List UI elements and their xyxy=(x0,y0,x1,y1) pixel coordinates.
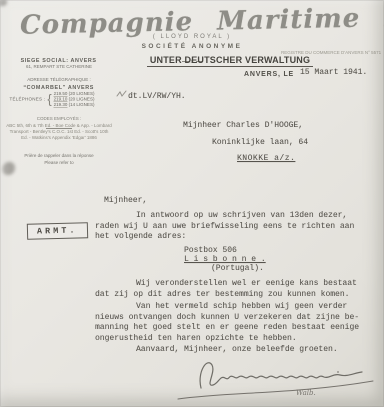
salutation: Mijnheer, xyxy=(104,196,147,205)
letterhead-left-column: SIEGE SOCIAL: ANVERS 61, REMPART STE CAT… xyxy=(2,57,116,197)
letter-date: 15 Maart 1941. xyxy=(300,68,367,77)
societe-anonyme-subtitle: SOCIÉTÉ ANONYME xyxy=(0,43,384,50)
body-line: raden wij U aan uwe briefwisseling eens … xyxy=(95,222,354,231)
refer-note-fr: Prière de rappeler dans la réponse xyxy=(2,153,116,158)
telephone-numbers: 219.50 (20 LIGNES) 219.10 (20 LIGNES) 21… xyxy=(54,91,95,107)
unter-deutscher-verwaltung-banner: UNTER DEUTSCHER VERWALTUNG xyxy=(147,55,313,67)
reference-code: dt.LV/RW/YH. xyxy=(128,92,186,101)
lloyd-royal-subtitle: ( LLOYD ROYAL ) xyxy=(0,34,384,40)
refer-note-en: Please refer to xyxy=(2,160,116,165)
body-line: In antwoord op uw schrijven van 13den de… xyxy=(95,211,354,220)
commerce-registry-note: REGISTRE DU COMMERCE D'ANVERS N° 5571 xyxy=(281,50,381,55)
brace-glyph: { xyxy=(47,93,51,106)
handwritten-signature xyxy=(175,352,380,404)
body-line: ongerustheid ten haren opzichte te hebbe… xyxy=(95,334,359,343)
codes-label: CODES EMPLOYÉS : xyxy=(2,116,116,121)
body-line: Van het vermeld schip hebben wij geen ve… xyxy=(95,302,359,311)
armt-stamp: ARMT. xyxy=(27,222,88,240)
body-line: nieuws ontvangen doch kunnen U verzekere… xyxy=(95,313,359,322)
phone-line: 219.50 (20 LIGNES) xyxy=(54,91,95,96)
codes-line: Ed. - Watkins's Appendix 'Edgar' 1886 xyxy=(2,135,116,140)
siege-social-address: 61, REMPART STE CATHERINE xyxy=(2,64,116,69)
phone-line: 219.30 (14 LIGNES) xyxy=(54,102,95,107)
body-line: manning het goed stelt en er geene reden… xyxy=(95,323,359,332)
codes-line: ABC 5th, 6th & 7th Ed. - Boe Code & App.… xyxy=(2,123,116,128)
body-line: Wij veronderstellen wel er eenige kans b… xyxy=(95,279,357,288)
telegraph-label: ADRESSE TÉLÉGRAPHIQUE : xyxy=(2,77,116,82)
paragraph-1: In antwoord op uw schrijven van 13den de… xyxy=(95,211,354,241)
paper-smudge xyxy=(0,0,7,6)
recipient-street: Koninklijke laan, 64 xyxy=(212,138,308,147)
telephones-label: TÉLÉPHONES : xyxy=(10,97,46,102)
postbox-line: Postbox 506 xyxy=(184,246,237,255)
signature-initial: Walb. xyxy=(296,389,316,397)
phone-line: 219.10 (20 LIGNES) xyxy=(54,97,95,102)
telephones-block: TÉLÉPHONES : { 219.50 (20 LIGNES) 219.10… xyxy=(2,91,116,115)
recipient-city: KNOKKE a/z. xyxy=(237,154,295,163)
body-line: het volgende adres: xyxy=(95,232,354,241)
recipient-name: Mijnheer Charles D'HOOGE, xyxy=(183,121,303,130)
telegraph-name: “COMARBEL” ANVERS xyxy=(2,84,116,90)
paragraph-2: Wij veronderstellen wel er eenige kans b… xyxy=(95,279,357,299)
siege-social-label: SIEGE SOCIAL: ANVERS xyxy=(2,57,116,63)
pen-tick-mark xyxy=(116,88,128,100)
place-label: ANVERS, LE xyxy=(244,71,294,78)
body-line: dat zij op dit adres ter bestemming zou … xyxy=(95,290,357,299)
letter-page: Compagnie Maritime Belge ( LLOYD ROYAL )… xyxy=(0,0,384,407)
paragraph-3: Van het vermeld schip hebben wij geen ve… xyxy=(95,302,359,343)
codes-line: Transport - Bentley's C.O.C. 1st Ed. - S… xyxy=(2,129,116,134)
postbox-city: L i s b o n n e . xyxy=(184,255,266,264)
postbox-country: (Portugal). xyxy=(211,264,264,273)
